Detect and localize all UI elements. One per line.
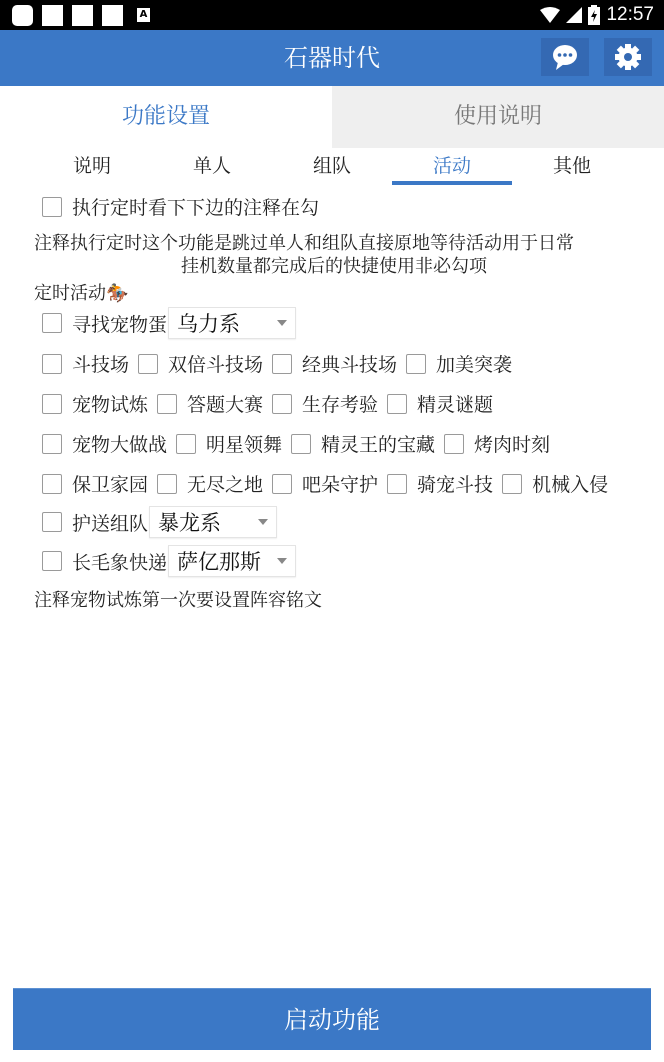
activity-label: 精灵王的宝藏 bbox=[321, 430, 435, 457]
row-activities-1: 斗技场 双倍斗技场 经典斗技场 加美突袭 bbox=[42, 350, 512, 377]
pet-egg-select[interactable]: 乌力系 bbox=[168, 307, 296, 339]
checkbox[interactable] bbox=[157, 394, 177, 414]
activity-bbq-time[interactable]: 烤肉时刻 bbox=[444, 430, 550, 457]
escort-checkbox[interactable] bbox=[42, 512, 62, 532]
checkbox[interactable] bbox=[291, 434, 311, 454]
settings-button[interactable] bbox=[604, 38, 652, 76]
checkbox[interactable] bbox=[272, 354, 292, 374]
notification-icon bbox=[72, 5, 93, 26]
row-pet-egg: 寻找宠物蛋 乌力系 bbox=[42, 307, 296, 339]
row-activities-2: 宠物试炼 答题大赛 生存考验 精灵谜题 bbox=[42, 390, 493, 417]
checkbox[interactable] bbox=[138, 354, 158, 374]
subtab-team[interactable]: 组队 bbox=[272, 150, 392, 186]
timer-checkbox-label: 执行定时看下下边的注释在勾 bbox=[72, 193, 319, 220]
tab-function-settings[interactable]: 功能设置 bbox=[0, 86, 332, 148]
checkbox[interactable] bbox=[42, 354, 62, 374]
checkbox[interactable] bbox=[42, 434, 62, 454]
mammoth-checkbox[interactable] bbox=[42, 551, 62, 571]
activity-baduo-guard[interactable]: 吧朵守护 bbox=[272, 470, 378, 497]
clock: 12:57 bbox=[606, 4, 654, 26]
activity-label: 烤肉时刻 bbox=[474, 430, 550, 457]
checkbox[interactable] bbox=[272, 474, 292, 494]
chat-bubble-icon bbox=[551, 43, 579, 71]
gear-icon bbox=[615, 44, 641, 70]
subtab-activity[interactable]: 活动 bbox=[392, 150, 512, 186]
checkbox[interactable] bbox=[444, 434, 464, 454]
activity-label: 宠物试炼 bbox=[72, 390, 148, 417]
note-pet-trial: 注释宠物试炼第一次要设置阵容铭文 bbox=[34, 586, 322, 612]
timer-option[interactable]: 执行定时看下下边的注释在勾 bbox=[42, 193, 319, 220]
chat-button[interactable] bbox=[541, 38, 589, 76]
activity-double-arena[interactable]: 双倍斗技场 bbox=[138, 350, 263, 377]
start-function-button[interactable]: 启动功能 bbox=[13, 988, 651, 1050]
checkbox[interactable] bbox=[387, 474, 407, 494]
escort-select-value: 暴龙系 bbox=[158, 507, 221, 537]
activity-star-dance[interactable]: 明星领舞 bbox=[176, 430, 282, 457]
mammoth-label: 长毛象快递 bbox=[72, 548, 167, 575]
checkbox[interactable] bbox=[157, 474, 177, 494]
activity-label: 骑宠斗技 bbox=[417, 470, 493, 497]
notification-icon bbox=[42, 5, 63, 26]
activity-label: 宠物大做战 bbox=[72, 430, 167, 457]
timer-checkbox[interactable] bbox=[42, 197, 62, 217]
activity-label: 答题大赛 bbox=[187, 390, 263, 417]
activity-spirit-king-treasure[interactable]: 精灵王的宝藏 bbox=[291, 430, 435, 457]
checkbox[interactable] bbox=[502, 474, 522, 494]
activity-mount-fight[interactable]: 骑宠斗技 bbox=[387, 470, 493, 497]
checkbox[interactable] bbox=[42, 394, 62, 414]
activity-label: 生存考验 bbox=[302, 390, 378, 417]
activity-label: 明星领舞 bbox=[206, 430, 282, 457]
activity-label: 加美突袭 bbox=[436, 350, 512, 377]
wifi-icon bbox=[540, 7, 560, 23]
row-escort-team: 护送组队 暴龙系 bbox=[42, 506, 277, 538]
pet-egg-label: 寻找宠物蛋 bbox=[72, 310, 167, 337]
notification-icon bbox=[102, 5, 123, 26]
activity-mech-invasion[interactable]: 机械入侵 bbox=[502, 470, 608, 497]
subtab-description[interactable]: 说明 bbox=[32, 150, 152, 186]
checkbox[interactable] bbox=[406, 354, 426, 374]
escort-label: 护送组队 bbox=[72, 509, 148, 536]
main-tabs: 功能设置 使用说明 bbox=[0, 86, 664, 148]
subtab-other[interactable]: 其他 bbox=[512, 150, 632, 186]
sub-tabs: 说明 单人 组队 活动 其他 bbox=[32, 150, 632, 186]
activity-label: 机械入侵 bbox=[532, 470, 608, 497]
pet-egg-checkbox[interactable] bbox=[42, 313, 62, 333]
activity-label: 双倍斗技场 bbox=[168, 350, 263, 377]
activity-pet-trial[interactable]: 宠物试炼 bbox=[42, 390, 148, 417]
section-title-timed-activities: 定时活动🏇 bbox=[34, 279, 128, 305]
checkbox[interactable] bbox=[387, 394, 407, 414]
checkbox[interactable] bbox=[272, 394, 292, 414]
activity-classic-arena[interactable]: 经典斗技场 bbox=[272, 350, 397, 377]
dropdown-arrow-icon bbox=[277, 558, 287, 564]
activity-arena[interactable]: 斗技场 bbox=[42, 350, 129, 377]
activity-pet-battle[interactable]: 宠物大做战 bbox=[42, 430, 167, 457]
activity-endless-land[interactable]: 无尽之地 bbox=[157, 470, 263, 497]
row-mammoth-express: 长毛象快递 萨亿那斯 bbox=[42, 545, 296, 577]
activity-defend-home[interactable]: 保卫家园 bbox=[42, 470, 148, 497]
escort-select[interactable]: 暴龙系 bbox=[149, 506, 277, 538]
row-activities-4: 保卫家园 无尽之地 吧朵守护 骑宠斗技 机械入侵 bbox=[42, 470, 608, 497]
dropdown-arrow-icon bbox=[258, 519, 268, 525]
activity-jiamei-raid[interactable]: 加美突袭 bbox=[406, 350, 512, 377]
dropdown-arrow-icon bbox=[277, 320, 287, 326]
app-bar: 石器时代 bbox=[0, 30, 664, 86]
row-activities-3: 宠物大做战 明星领舞 精灵王的宝藏 烤肉时刻 bbox=[42, 430, 550, 457]
subtab-solo[interactable]: 单人 bbox=[152, 150, 272, 186]
keyboard-icon: A bbox=[137, 8, 150, 22]
status-bar: A 12:57 bbox=[0, 0, 664, 30]
checkbox[interactable] bbox=[176, 434, 196, 454]
activity-label: 精灵谜题 bbox=[417, 390, 493, 417]
checkbox[interactable] bbox=[42, 474, 62, 494]
activity-survival[interactable]: 生存考验 bbox=[272, 390, 378, 417]
note-timer-line2: 挂机数量都完成后的快捷使用非必勾项 bbox=[0, 252, 664, 278]
activity-label: 经典斗技场 bbox=[302, 350, 397, 377]
activity-label: 无尽之地 bbox=[187, 470, 263, 497]
notification-icon bbox=[12, 5, 33, 26]
mammoth-select-value: 萨亿那斯 bbox=[177, 546, 261, 576]
mammoth-select[interactable]: 萨亿那斯 bbox=[168, 545, 296, 577]
tab-usage-instructions[interactable]: 使用说明 bbox=[332, 86, 664, 148]
activity-label: 斗技场 bbox=[72, 350, 129, 377]
activity-spirit-puzzle[interactable]: 精灵谜题 bbox=[387, 390, 493, 417]
pet-egg-select-value: 乌力系 bbox=[177, 308, 240, 338]
activity-quiz[interactable]: 答题大赛 bbox=[157, 390, 263, 417]
signal-icon bbox=[566, 7, 582, 23]
activity-label: 保卫家园 bbox=[72, 470, 148, 497]
activity-label: 吧朵守护 bbox=[302, 470, 378, 497]
battery-charging-icon bbox=[588, 5, 600, 25]
